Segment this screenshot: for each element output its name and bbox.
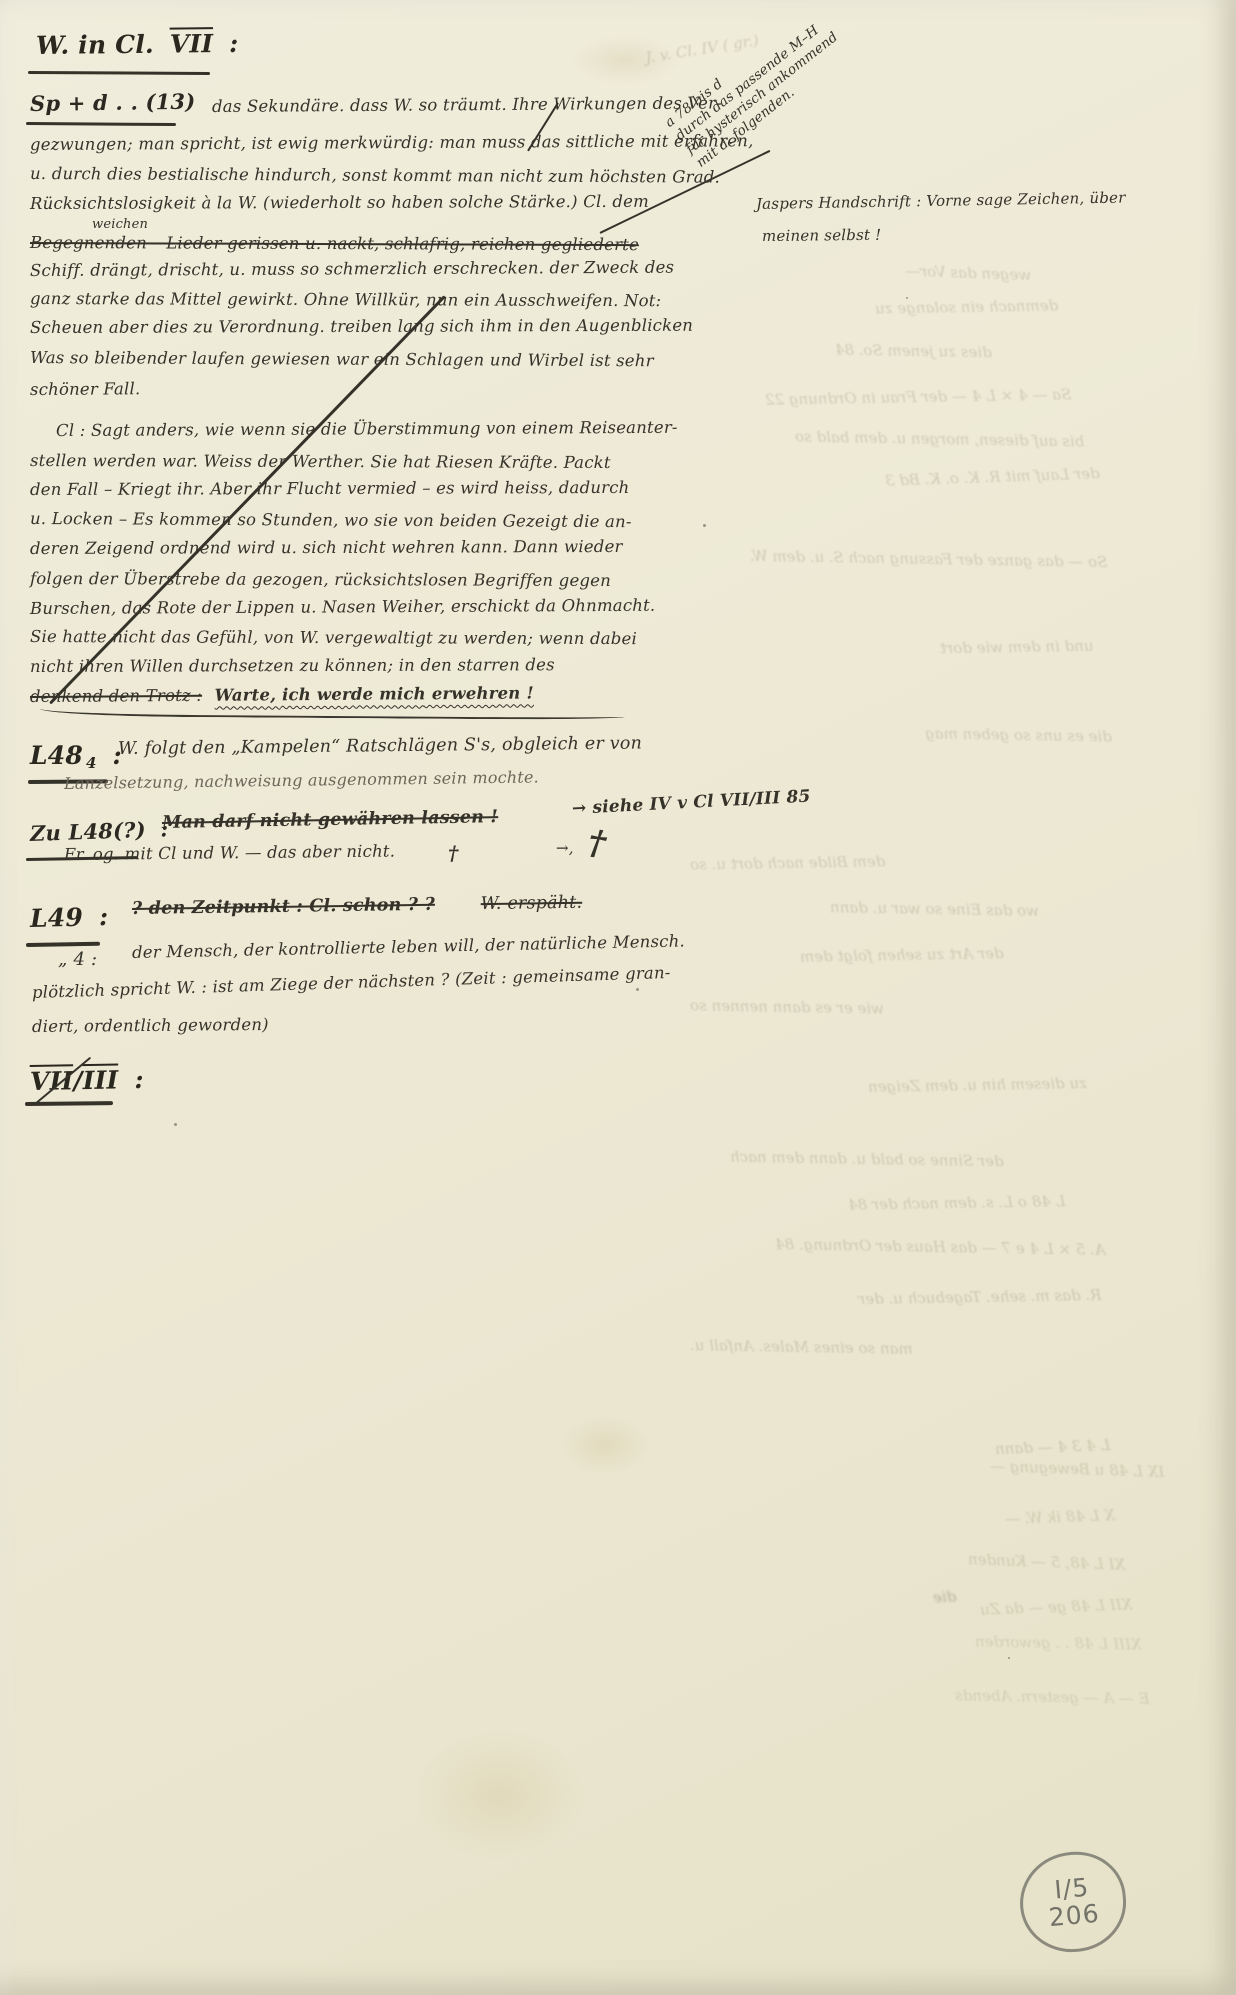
l48-label-sub: 4 bbox=[86, 754, 97, 772]
ghost-fragment: L 4 3 4 — dann bbox=[995, 1438, 1111, 1457]
l49-struck-line: ? den Zeitpunkt : Cl. schon ? ? W. erspä… bbox=[132, 894, 582, 920]
paragraph2-line: folgen der Überstrebe da gezogen, rücksi… bbox=[30, 570, 611, 590]
ghost-fragment: R. das m. sehe. Tagebuch u. der bbox=[858, 1288, 1102, 1307]
ghost-fragment: der Lauf mit R. K. o. K. Bd 3 bbox=[885, 466, 1100, 488]
l49-struck-tail: W. erspäht. bbox=[481, 893, 583, 914]
ghost-fragment: dem Bilde nach dort u. so bbox=[690, 854, 886, 872]
ghost-fragment: E — A — gestern. Abends bbox=[955, 1688, 1150, 1706]
paragraph1-line: ganz starke das Mittel gewirkt. Ohne Wil… bbox=[30, 290, 661, 310]
paragraph2-line: deren Zeigend ordnend wird u. sich nicht… bbox=[30, 538, 623, 558]
page-title-colon: : bbox=[229, 29, 239, 58]
corner-note: a 78 bis d durch das passende M–H für hy… bbox=[662, 2, 852, 171]
paper-speck bbox=[703, 524, 706, 527]
dagger-mark-big: † bbox=[585, 824, 608, 864]
page-title-part1: W. in Cl. bbox=[36, 30, 154, 60]
ghost-fragment: man so eines Males. Anfall u. bbox=[690, 1338, 913, 1357]
l49-label-underline bbox=[26, 942, 100, 947]
ghost-fragment: So — das ganze der Fassung nach S. u. de… bbox=[750, 549, 1108, 570]
paragraph2-line: u. Locken – Es kommen so Stunden, wo sie… bbox=[30, 510, 632, 531]
ghost-list-row: XI L 48, 5 — Kunden bbox=[968, 1552, 1126, 1572]
zu-l48-struck: Man darf nicht gewähren lassen ! bbox=[162, 808, 499, 833]
paragraph1-line: gezwungen; man spricht, ist ewig merkwür… bbox=[30, 132, 754, 154]
ghost-fragment: wie er es dann nennen so bbox=[690, 998, 884, 1016]
paper-speck bbox=[636, 988, 639, 991]
paragraph2-line: stellen werden war. Weiss der Werther. S… bbox=[30, 452, 611, 472]
zu-l48-label: Zu L48(?) : bbox=[30, 817, 169, 845]
zu-l48-line2: Fr. og. mit Cl und W. — das aber nicht. bbox=[64, 843, 395, 865]
paragraph1-line: Schiff. drängt, drischt, u. muss so schm… bbox=[30, 259, 674, 281]
page-title: W. in Cl. VII : bbox=[36, 30, 239, 60]
ghost-fragment: bis auf diesen, morgen u. dem bald so bbox=[795, 429, 1084, 449]
l48-line2: Lanzelsetzung, nachweisung ausgenommen s… bbox=[64, 768, 539, 792]
dagger-mark-small: † bbox=[448, 842, 459, 864]
header-underline bbox=[28, 71, 210, 75]
u4-line2: plötzlich spricht W. : ist am Ziege der … bbox=[32, 964, 671, 1002]
emphasis-swoosh bbox=[40, 700, 625, 720]
paper-stain bbox=[570, 35, 680, 85]
paragraph1-line: schöner Fall. bbox=[30, 380, 140, 399]
ghost-fragment: dies zu jenem So. 84 bbox=[835, 343, 992, 361]
paragraph2-line: Cl : Sagt anders, wie wenn sie die Übers… bbox=[56, 419, 678, 440]
archive-stamp: I/5 206 bbox=[1016, 1848, 1130, 1957]
paragraph1-line: Was so bleibender laufen gewiesen war ei… bbox=[30, 349, 654, 370]
l49-label-main: L49 bbox=[30, 903, 84, 933]
paper-speck bbox=[906, 297, 908, 299]
ghost-smudge: die bbox=[933, 1589, 957, 1605]
l49-label-colon: : bbox=[98, 902, 108, 931]
ghost-list-row: X L 48 ik W. — bbox=[1005, 1508, 1115, 1527]
heading2-part1: VII bbox=[30, 1066, 74, 1096]
ghost-fragment: Sa — 4 × L 4 — der Frau in Ordnung 22 bbox=[765, 387, 1072, 407]
ghost-list-row: XII L 48 ge — da Zu bbox=[980, 1597, 1133, 1617]
l48-label-main: L48 bbox=[30, 741, 83, 770]
l48-line1: W. folgt den „Kampelen“ Ratschlägen S's,… bbox=[118, 735, 642, 760]
margin-note-line1: Jaspers Handschrift : Vorne sage Zeichen… bbox=[756, 190, 1126, 213]
ghost-fragment: zu diesem hin u. dem Zeigen bbox=[868, 1076, 1087, 1095]
ghost-fragment: wegen das Vor— bbox=[905, 264, 1032, 283]
ghost-fragment: A. 5 × L 4 e 7 — das Haus der Ordnung. 8… bbox=[775, 1237, 1106, 1258]
l48-label: L484 : bbox=[30, 742, 122, 772]
ghost-fragment: der Art zu sehen folgt dem bbox=[800, 946, 1004, 965]
paragraph1-line: das Sekundäre. dass W. so träumt. Ihre W… bbox=[212, 94, 722, 116]
paragraph1-inserted-word: weichen bbox=[92, 218, 148, 232]
paper-stain bbox=[415, 1730, 585, 1860]
paragraph1-line-corrected: Begegnenden – Lieder gerissen u. nackt, … bbox=[30, 234, 639, 254]
u4-line3: diert, ordentlich geworden) bbox=[32, 1016, 269, 1036]
page-title-roman: VII bbox=[170, 29, 214, 58]
heading2-part2: III bbox=[82, 1065, 118, 1095]
paragraph2-line: Burschen, das Rote der Lippen u. Nasen W… bbox=[30, 597, 655, 618]
ghost-fragment: wo das Eine so war u. dann bbox=[830, 900, 1039, 919]
heading2-colon: : bbox=[134, 1065, 144, 1094]
paper-speck bbox=[174, 1123, 177, 1126]
ghost-list-row: IX L 48 u Bewegung — bbox=[990, 1459, 1165, 1480]
stamp-line2: 206 bbox=[1048, 1900, 1101, 1931]
paragraph1-line: Rücksichtslosigkeit à la W. (wiederholt … bbox=[30, 193, 649, 213]
section1-label-underline bbox=[26, 122, 176, 126]
zu-l48-reference: → siehe IV v Cl VII/III 85 bbox=[572, 788, 811, 819]
paragraph2-line: den Fall – Kriegt ihr. Aber ihr Flucht v… bbox=[30, 479, 630, 499]
ghost-fragment: L 48 o L. s. dem nach der 84 bbox=[848, 1194, 1066, 1213]
ghost-fragment: demnach ein solange zu bbox=[875, 298, 1058, 316]
margin-note-line2: meinen selbst ! bbox=[762, 227, 882, 245]
paper-stain bbox=[560, 1415, 650, 1475]
u4-line1: der Mensch, der kontrollierte leben will… bbox=[132, 932, 685, 962]
ghost-fragment: der Sinne so bald u. dann dem nach bbox=[730, 1150, 1004, 1170]
l49-struck-text: ? den Zeitpunkt : Cl. schon ? ? bbox=[132, 895, 435, 919]
ghost-fragment: die es uns so geben mag bbox=[925, 726, 1112, 744]
section1-label: Sp + d . . (13) bbox=[30, 90, 196, 115]
paper-speck bbox=[1008, 1657, 1010, 1659]
paragraph1-line: u. durch dies bestialische hindurch, son… bbox=[30, 165, 720, 187]
paragraph1-line: Scheuen aber dies zu Verordnung. treiben… bbox=[30, 317, 693, 337]
paragraph2-line: nicht ihren Willen durchsetzen zu können… bbox=[30, 656, 555, 676]
ghost-fragment: und in dem wie dort bbox=[940, 639, 1094, 657]
u4-label: „ 4 : bbox=[58, 950, 97, 970]
ghost-list-row: XIII L 48 . . geworden bbox=[975, 1635, 1142, 1653]
l49-label: L49 : bbox=[30, 903, 109, 933]
manuscript-page: W. in Cl. VII : Sp + d . . (13) das Seku… bbox=[0, 0, 1236, 1995]
arrow-mark: →, bbox=[556, 840, 574, 857]
zu-l48-label-text: Zu L48(?) bbox=[30, 817, 147, 846]
